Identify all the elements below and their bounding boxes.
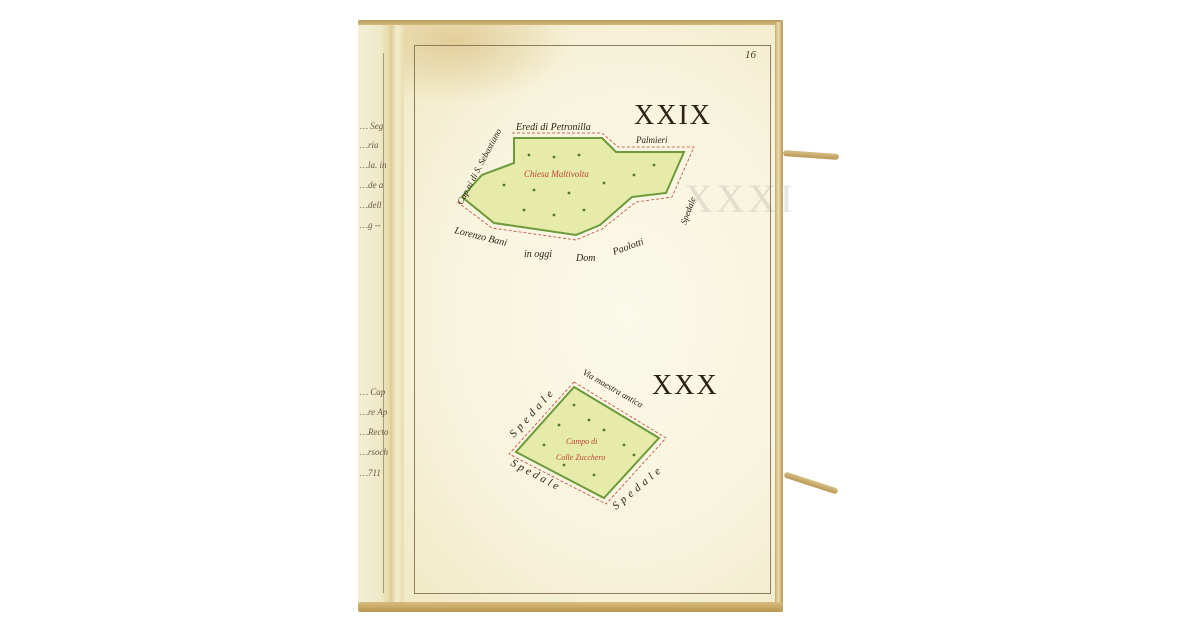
- plot-xxix-map: Chiesa Maltivolta Eredi di Petronilla Pa…: [404, 105, 724, 265]
- left-text-line: …g --: [360, 220, 381, 230]
- plot-xxx-name-line1: Campo di: [566, 437, 597, 446]
- cover-edge-bottom: [358, 602, 783, 612]
- page-number: 16: [745, 49, 756, 61]
- left-text-line: … Cap: [360, 387, 385, 397]
- plot-xxix-name: Chiesa Maltivolta: [524, 169, 589, 179]
- left-text-line: …la. in: [360, 160, 387, 170]
- label-dom: Dom: [575, 253, 595, 264]
- ribbon-tie-top: [783, 150, 839, 160]
- label-eredi: Eredi di Petronilla: [515, 122, 591, 133]
- manuscript-volume: … Seg …ria …la. in …de a …dell …g -- … C…: [358, 20, 783, 612]
- left-text-line: …de a: [360, 180, 383, 190]
- right-page: 16 XXXI XXIX XXX Chiesa Maltivolta Eredi…: [404, 25, 776, 602]
- plot-xxx-name-line2: Colle Zucchero: [556, 453, 605, 462]
- cover-edge-right: [775, 22, 783, 610]
- left-page-frame: [383, 53, 384, 593]
- plot-xxx-map: Campo di Colle Zucchero Via maestra anti…: [504, 360, 704, 520]
- left-text-line: …re Ap: [360, 407, 387, 417]
- label-palmieri: Palmieri: [635, 135, 668, 145]
- left-text-line: … Seg: [360, 121, 383, 131]
- book-gutter: [390, 25, 404, 603]
- left-text-line: …711: [360, 468, 381, 478]
- left-page: … Seg …ria …la. in …de a …dell …g -- … C…: [358, 25, 390, 603]
- left-text-line: …Recto: [360, 427, 389, 437]
- label-lorenzo-bani: Lorenzo Bani: [452, 225, 508, 249]
- label-spedale: Spedale: [678, 195, 697, 225]
- left-text-line: …dell: [360, 200, 382, 210]
- left-text-line: …rsoch: [360, 447, 388, 457]
- label-paolotti: Paolotti: [610, 236, 645, 258]
- left-text-line: …ria: [360, 140, 379, 150]
- ribbon-tie-bottom: [783, 471, 838, 494]
- label-in-oggi: in oggi: [524, 249, 552, 260]
